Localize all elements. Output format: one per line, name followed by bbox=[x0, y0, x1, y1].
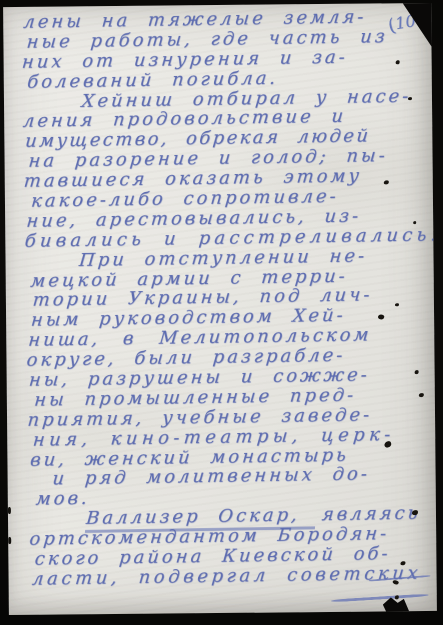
ink-speck bbox=[408, 97, 412, 100]
ink-speck bbox=[415, 370, 419, 374]
ink-speck bbox=[395, 595, 399, 599]
paper-edge-notch bbox=[383, 597, 410, 613]
text-line: ласти, подвергал советских bbox=[31, 563, 437, 589]
text-after-name: являясь bbox=[321, 503, 421, 526]
ink-speck bbox=[396, 60, 400, 64]
edge-mark bbox=[8, 537, 11, 544]
ink-speck bbox=[413, 221, 416, 224]
handwritten-text: лены на тяжелые земля- ные работы, где ч… bbox=[23, 7, 436, 590]
edge-mark bbox=[8, 507, 11, 514]
pen-stroke bbox=[331, 593, 429, 602]
photo-background: (10 лены на тяжелые земля- ные работы, г… bbox=[0, 0, 443, 625]
ink-speck bbox=[395, 303, 399, 306]
document-page: (10 лены на тяжелые земля- ные работы, г… bbox=[3, 3, 437, 615]
